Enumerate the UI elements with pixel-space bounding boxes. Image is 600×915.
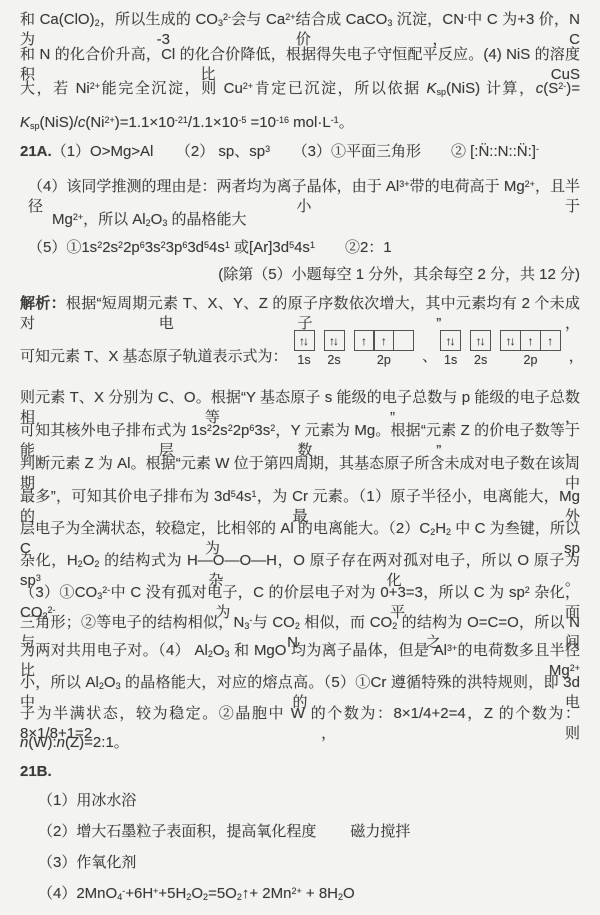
orbital-cell: ↑↓ [500,330,521,351]
text-line: Ksp(NiS)/c(Ni2+)=1.1×10-21/1.1×10-5 =10-… [20,113,354,133]
text-run: （1）用冰水浴 [38,792,136,809]
orbital-group: ↑↓1s [440,330,461,367]
text-line: （5）①1s22s22p63s23p63d54s1 或[Ar]3d54s1 ②2… [28,238,392,258]
orbital-cells: ↑↓ [470,330,491,351]
orbital-label: 2p [377,353,391,367]
text-run: 和 N 的化合价升高，Cl 的化合价降低，根据得失电子守恒配平反应。(4) Ni… [20,46,580,83]
orbital-cell: ↑ [520,330,541,351]
orbital-cells: ↑↓↑↑ [500,330,561,351]
text-line: （4）2MnO4-+6H++5H2O2=5O2↑+ 2Mn2+ + 8H2O [38,884,355,904]
text-line: 和 Ca(ClO)2，所以生成的 CO32-会与 Ca2+结合成 CaCO3 沉… [20,10,580,50]
orbital-diagram: ↑↓1s↑↓2s↑↑2p [294,330,415,367]
text-line: 21A.（1）O>Mg>Al （2） sp、sp3 （3）①平面三角形 ② [:… [20,142,539,162]
orbital-group: ↑↓2s [324,330,345,367]
orbital-label: 2s [327,353,340,367]
orbital-cells: ↑↓ [440,330,461,351]
text-line: 解析：根据“短周期元素 T、X、Y、Z 的原子序数依次增大，其中元素均有 2 个… [20,294,580,334]
text-run: 和 Ca(ClO)2，所以生成的 CO32-会与 Ca2+结合成 CaCO3 沉… [20,11,584,48]
orbital-cell: ↑ [540,330,561,351]
text-line: （2）增大石墨粒子表面积，提高氧化程度磁力搅拌 [38,822,410,842]
orbital-cell: ↑ [354,330,375,351]
text-line: 21B. [20,762,52,782]
orbital-cell: ↑↓ [324,330,345,351]
text-run: Ksp(NiS)/c(Ni2+)=1.1×10-21/1.1×10-5 =10-… [20,114,354,131]
orbital-label: 2s [474,353,487,367]
text-line: （1）用冰水浴 [38,791,136,811]
text-line: (除第（5）小题每空 1 分外，其余每空 2 分，共 12 分) [20,265,580,285]
text-line: 大，若 Ni2+能完全沉淀，则 Cu2+肯定已沉淀，所以依据 Ksp(NiS) … [20,79,580,99]
text-run: 大，若 Ni2+能完全沉淀，则 Cu2+肯定已沉淀，所以依据 Ksp(NiS) … [20,80,580,97]
orbital-cells: ↑↓ [324,330,345,351]
text-line: （3）作氧化剂 [38,853,136,873]
text-run: n(W):n(Z)=2:1。 [20,734,129,751]
orbital-cells: ↑↓ [294,330,315,351]
text-run: (除第（5）小题每空 1 分外，其余每空 2 分，共 12 分) [218,266,580,283]
orbital-cell: ↑ [373,330,394,351]
orbital-cell: ↑↓ [470,330,491,351]
orbital-diagram: ↑↓1s↑↓2s↑↓↑↑2p [440,330,561,367]
orbital-label: 1s [444,353,457,367]
orbital-cell: ↑↓ [294,330,315,351]
orbital-cells: ↑↑ [354,330,415,351]
text-run: （3）作氧化剂 [38,854,136,871]
text-run: （4）2MnO4-+6H++5H2O2=5O2↑+ 2Mn2+ + 8H2O [38,885,355,902]
text-line: n(W):n(Z)=2:1。 [20,733,129,753]
orbital-group: ↑↑2p [354,330,415,367]
text-run: （5）①1s22s22p63s23p63d54s1 或[Ar]3d54s1 ②2… [28,239,392,256]
text-run: 根据“短周期元素 T、X、Y、Z 的原子序数依次增大，其中元素均有 2 个未成对… [20,295,580,332]
bold-text-run: 21A. [20,143,52,160]
orbital-cell: ↑↓ [440,330,461,351]
bold-text-run: 解析： [20,295,66,312]
orbital-group: ↑↓2s [470,330,491,367]
orbital-cell [393,330,414,351]
orbital-row-suffix: ， [561,347,587,367]
orbital-diagram-row: 可知元素 T、X 基态原子轨道表示式为：↑↓1s↑↓2s↑↑2p、↑↓1s↑↓2… [20,330,587,367]
text-line: Mg2+，所以 Al2O3 的晶格能大 [52,210,247,230]
orbital-label: 1s [297,353,310,367]
bold-text-run: 21B. [20,763,52,780]
orbital-group: ↑↓1s [294,330,315,367]
text-run: （2）增大石墨粒子表面积，提高氧化程度 [38,823,316,840]
text-run: Mg2+，所以 Al2O3 的晶格能大 [52,211,247,228]
document-page: 和 Ca(ClO)2，所以生成的 CO32-会与 Ca2+结合成 CaCO3 沉… [0,0,600,915]
text-run: 磁力搅拌 [350,823,410,840]
text-run: （1）O>Mg>Al （2） sp、sp3 （3）①平面三角形 ② [:N̈::… [52,143,539,160]
orbital-group: ↑↓↑↑2p [500,330,561,367]
orbital-separator: 、 [414,347,440,367]
orbital-label: 2p [524,353,538,367]
orbital-row-prefix: 可知元素 T、X 基态原子轨道表示式为： [20,347,288,367]
